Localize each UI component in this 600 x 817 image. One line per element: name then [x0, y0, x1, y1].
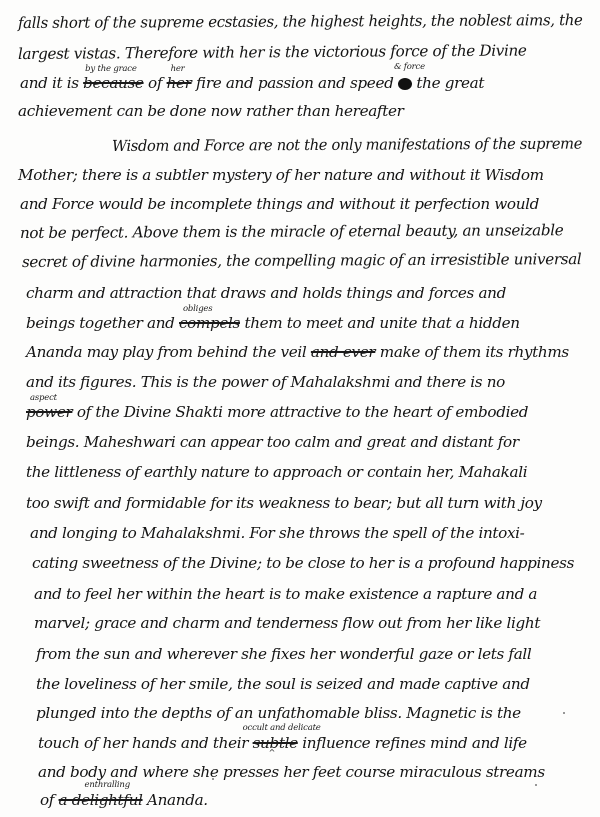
interlinear-insertion: aspect	[30, 393, 57, 403]
manuscript-page: falls short of the supreme ecstasies, th…	[0, 0, 600, 817]
text-line: aspectpower of the Divine Shakti more at…	[26, 403, 528, 421]
text-line: the littleness of earthly nature to appr…	[26, 463, 527, 481]
struck-word: her	[167, 74, 192, 92]
text-line: not be perfect. Above them is the miracl…	[20, 221, 564, 242]
line-text: and it is	[20, 74, 83, 92]
interlinear-insertion: her	[171, 64, 185, 74]
text-line: cating sweetness of the Divine; to be cl…	[32, 554, 574, 572]
struck-word: because	[83, 74, 143, 92]
line-text: of	[40, 791, 59, 809]
line-text: touch of her hands and their	[38, 734, 253, 752]
line-text: make of them its rhythms	[375, 343, 569, 361]
text-line: beings. Maheshwari can appear too calm a…	[26, 433, 519, 451]
line-text: of	[144, 74, 167, 92]
text-line: and body and where she presses her feet …	[38, 763, 545, 781]
caret-mark: ^	[269, 748, 275, 757]
line-text: Ananda.	[143, 791, 208, 809]
scan-speck	[563, 712, 565, 714]
line-text: them to meet and unite that a hidden	[240, 314, 520, 332]
line-text: influence refines mind and life	[298, 734, 527, 752]
line-text: beings together and	[26, 314, 179, 332]
text-line: the loveliness of her smile, the soul is…	[36, 675, 530, 693]
interlinear-insertion: & force	[394, 62, 425, 72]
ink-blot	[398, 78, 412, 90]
scan-speck	[535, 784, 537, 786]
text-line: largest vistas. Therefore with her is th…	[18, 41, 527, 63]
struck-word: compels	[179, 314, 240, 332]
line-text: fire and passion and speed	[192, 74, 398, 92]
text-line: beings together and obligescompels them …	[26, 314, 520, 332]
text-line: touch of her hands and their occult and …	[38, 734, 527, 752]
text-line: and to feel her within the heart is to m…	[34, 585, 537, 603]
text-line: Ananda may play from behind the veil and…	[26, 343, 569, 361]
interlinear-insertion: obliges	[183, 304, 212, 314]
text-line: from the sun and wherever she fixes her …	[36, 645, 531, 663]
struck-word: and ever	[311, 343, 375, 361]
interlinear-insertion: by the grace	[85, 64, 137, 74]
text-line: and longing to Mahalakshmi. For she thro…	[30, 524, 524, 542]
text-line: and Force would be incomplete things and…	[20, 195, 539, 213]
struck-word: power	[26, 403, 72, 421]
line-text: the great	[412, 74, 484, 92]
text-line: achievement can be done now rather than …	[18, 102, 404, 120]
text-line: too swift and formidable for its weaknes…	[26, 494, 542, 512]
text-line: of enthrallinga delightful Ananda.	[40, 791, 208, 809]
text-line: and its figures. This is the power of Ma…	[26, 373, 505, 391]
interlinear-insertion: enthralling	[85, 780, 130, 790]
struck-word: a delightful	[59, 791, 143, 809]
text-line: and it is by the gracebecause of herher …	[20, 74, 484, 92]
text-line: plunged into the depths of an unfathomab…	[36, 704, 521, 722]
scan-speck	[212, 778, 214, 780]
interlinear-insertion: occult and delicate	[243, 723, 321, 733]
text-line: Mother; there is a subtler mystery of he…	[18, 166, 544, 184]
struck-word: subtle	[253, 734, 298, 752]
text-line: marvel; grace and charm and tenderness f…	[34, 614, 540, 632]
text-line: charm and attraction that draws and hold…	[26, 284, 506, 302]
text-line: Wisdom and Force are not the only manife…	[112, 135, 582, 155]
line-text: Ananda may play from behind the veil	[26, 343, 311, 361]
text-line: secret of divine harmonies, the compelli…	[22, 250, 582, 271]
line-text: of the Divine Shakti more attractive to …	[72, 403, 528, 421]
text-line: falls short of the supreme ecstasies, th…	[18, 11, 583, 32]
